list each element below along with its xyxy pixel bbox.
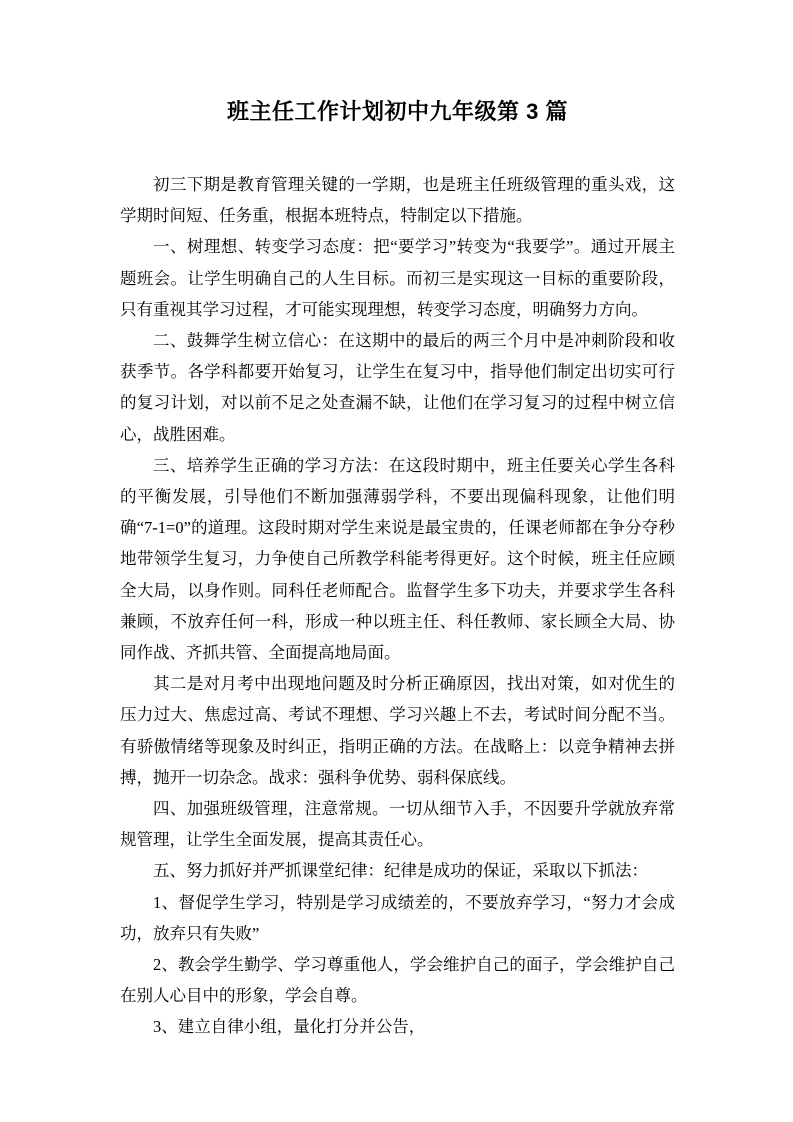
paragraph-intro: 初三下期是教育管理关键的一学期，也是班主任班级管理的重头戏，这学期时间短、任务重… — [120, 169, 675, 231]
paragraph-section-2: 二、鼓舞学生树立信心：在这期中的最后的两三个月中是冲刺阶段和收获季节。各学科都要… — [120, 325, 675, 450]
paragraph-section-1: 一、树理想、转变学习态度：把“要学习”转变为“我要学”。通过开展主题班会。让学生… — [120, 231, 675, 325]
paragraph-section-3b: 其二是对月考中出现地问题及时分析正确原因，找出对策，如对优生的压力过大、焦虑过高… — [120, 668, 675, 793]
document-page: 班主任工作计划初中九年级第 3 篇 初三下期是教育管理关键的一学期，也是班主任班… — [0, 0, 793, 1122]
paragraph-item-3: 3、建立自律小组，量化打分并公告， — [120, 1011, 675, 1042]
document-title: 班主任工作计划初中九年级第 3 篇 — [120, 94, 675, 130]
paragraph-section-4: 四、加强班级管理，注意常规。一切从细节入手，不因要升学就放弃常规管理，让学生全面… — [120, 793, 675, 855]
paragraph-section-5: 五、努力抓好并严抓课堂纪律：纪律是成功的保证，采取以下抓法： — [120, 855, 675, 886]
paragraph-item-2: 2、教会学生勤学、学习尊重他人，学会维护自己的面子，学会维护自己在别人心目中的形… — [120, 949, 675, 1011]
paragraph-item-1: 1、督促学生学习，特别是学习成绩差的，不要放弃学习，“努力才会成功，放弃只有失败… — [120, 887, 675, 949]
paragraph-section-3: 三、培养学生正确的学习方法：在这段时期中，班主任要关心学生各科的平衡发展，引导他… — [120, 450, 675, 668]
document-body: 初三下期是教育管理关键的一学期，也是班主任班级管理的重头戏，这学期时间短、任务重… — [120, 169, 675, 1043]
